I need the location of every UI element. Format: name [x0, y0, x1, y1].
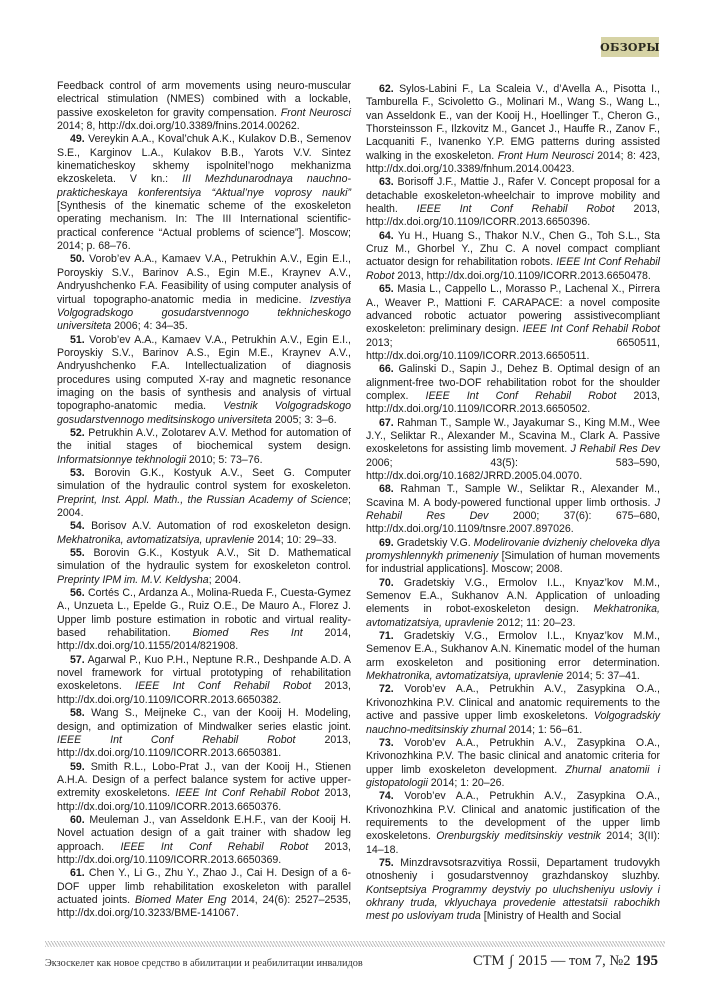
reference-text: 2014; 5: 37–41. — [563, 670, 640, 682]
reference-list: Feedback control of arm movements using … — [57, 80, 660, 924]
section-label: ОБЗОРЫ — [600, 41, 660, 54]
reference-item: 57. Agarwal P., Kuo P.H., Neptune R.R., … — [57, 654, 351, 707]
reference-column-left: Feedback control of arm movements using … — [57, 80, 351, 924]
reference-item: 64. Yu H., Huang S., Thakor N.V., Chen G… — [366, 230, 660, 283]
reference-item: 52. Petrukhin A.V., Zolotarev A.V. Metho… — [57, 427, 351, 467]
footer-divider — [45, 941, 665, 947]
reference-number: 52. — [70, 427, 85, 439]
reference-number: 49. — [70, 133, 85, 145]
reference-number: 64. — [379, 230, 394, 242]
reference-number: 56. — [70, 587, 85, 599]
reference-item: 73. Vorob’ev A.A., Petrukhin A.V., Zasyp… — [366, 737, 660, 790]
reference-number: 67. — [379, 417, 394, 429]
reference-number: 74. — [379, 790, 394, 802]
reference-item: Feedback control of arm movements using … — [57, 80, 351, 133]
reference-text: Minzdravsotsrazvitiya Rossii, Departamen… — [366, 857, 660, 882]
reference-text: Wang S., Meijneke C., van der Kooij H. M… — [57, 707, 351, 732]
reference-item: 60. Meuleman J., van Asseldonk E.H.F., v… — [57, 814, 351, 867]
reference-source: Mekhatronika, avtomatizatsiya, upravleni… — [366, 670, 563, 682]
reference-text: Gradetskiy V.G., Ermolov I.L., Knyaz’kov… — [366, 630, 660, 669]
reference-number: 55. — [70, 547, 85, 559]
reference-text: [Synthesis of the kinematic scheme of th… — [57, 200, 351, 252]
reference-item: 51. Vorob’ev A.A., Kamaev V.A., Petrukhi… — [57, 334, 351, 427]
reference-number: 50. — [70, 253, 85, 265]
reference-source: Informatsionnye tekhnologii — [57, 454, 186, 466]
journal-info: СТМ ∫ 2015 — том 7, №2 195 — [473, 953, 658, 970]
reference-source: IEEE Int Conf Rehabil Robot — [120, 841, 308, 853]
reference-source: J Rehabil Res Dev — [571, 443, 660, 455]
reference-number: 71. — [379, 630, 394, 642]
reference-number: 62. — [379, 83, 394, 95]
reference-item: 53. Borovin G.K., Kostyuk A.V., Seet G. … — [57, 467, 351, 520]
reference-item: 63. Borisoff J.F., Mattie J., Rafer V. C… — [366, 176, 660, 229]
reference-text: 2006; 43(5): 583–590, http://dx.doi.org/… — [366, 457, 660, 482]
reference-item: 72. Vorob’ev A.A., Petrukhin A.V., Zasyp… — [366, 683, 660, 736]
reference-number: 70. — [379, 577, 394, 589]
reference-source: Mekhatronika, avtomatizatsiya, upravleni… — [57, 534, 254, 546]
reference-item: 62. Sylos-Labini F., La Scaleia V., d’Av… — [366, 83, 660, 176]
reference-source: IEEE Int Conf Rehabil Robot — [175, 787, 319, 799]
reference-number: 69. — [379, 537, 394, 549]
reference-text: 2012; 11: 20–23. — [494, 617, 576, 629]
reference-item: 70. Gradetskiy V.G., Ermolov I.L., Knyaz… — [366, 577, 660, 630]
reference-item: 75. Minzdravsotsrazvitiya Rossii, Depart… — [366, 857, 660, 924]
reference-source: Biomed Res Int — [193, 627, 303, 639]
reference-item: 56. Cortés C., Ardanza A., Molina-Rueda … — [57, 587, 351, 654]
reference-text: Vorob’ev A.A., Kamaev V.A., Petrukhin A.… — [57, 253, 351, 305]
reference-text: 2006; 4: 34–35. — [111, 320, 188, 332]
reference-source: IEEE Int Conf Rehabil Robot — [426, 390, 617, 402]
reference-number: 63. — [379, 176, 394, 188]
reference-number: 65. — [379, 283, 394, 295]
reference-item: 74. Vorob’ev A.A., Petrukhin A.V., Zasyp… — [366, 790, 660, 857]
reference-item: 68. Rahman T., Sample W., Seliktar R., A… — [366, 483, 660, 536]
reference-item: 49. Vereykin A.A., Koval’chuk A.K., Kula… — [57, 133, 351, 253]
reference-source: Preprint, Inst. Appl. Math., the Russian… — [57, 494, 348, 506]
reference-item: 69. Gradetskiy V.G. Modelirovanie dvizhe… — [366, 537, 660, 577]
reference-item: 55. Borovin G.K., Kostyuk A.V., Sit D. M… — [57, 547, 351, 587]
reference-column-right: 62. Sylos-Labini F., La Scaleia V., d’Av… — [366, 83, 660, 924]
reference-text: 2005; 3: 3–6. — [272, 414, 337, 426]
reference-item: 59. Smith R.L., Lobo-Prat J., van der Ko… — [57, 761, 351, 814]
reference-number: 54. — [70, 520, 85, 532]
reference-text: Borovin G.K., Kostyuk A.V., Sit D. Mathe… — [57, 547, 351, 572]
reference-number: 57. — [70, 654, 85, 666]
reference-number: 59. — [70, 761, 85, 773]
reference-number: 73. — [379, 737, 394, 749]
reference-text: Rahman T., Sample W., Seliktar R., Alexa… — [366, 483, 660, 508]
reference-source: Front Neurosci — [281, 107, 351, 119]
reference-text: 2014; 8, http://dx.doi.org/10.3389/fnins… — [57, 120, 300, 132]
integral-separator: ∫ — [509, 953, 513, 970]
reference-text: [Ministry of Health and Social — [481, 910, 621, 922]
issue-info: 2015 — том 7, №2 — [518, 953, 630, 970]
reference-text: Borovin G.K., Kostyuk A.V., Seet G. Comp… — [57, 467, 351, 492]
reference-text: ; 2004. — [209, 574, 241, 586]
reference-text: Borisov A.V. Automation of rod exoskelet… — [85, 520, 351, 532]
reference-item: 61. Chen Y., Li G., Zhu Y., Zhao J., Cai… — [57, 867, 351, 920]
reference-text: 2010; 5: 73–76. — [186, 454, 263, 466]
reference-number: 68. — [379, 483, 394, 495]
reference-number: 66. — [379, 363, 394, 375]
reference-number: 61. — [70, 867, 85, 879]
reference-text: Petrukhin A.V., Zolotarev A.V. Method fo… — [57, 427, 351, 452]
reference-number: 72. — [379, 683, 394, 695]
reference-text: Gradetskiy V.G. — [394, 537, 474, 549]
reference-source: IEEE Int Conf Rehabil Robot — [417, 203, 615, 215]
reference-item: 66. Galinski D., Sapin J., Dehez B. Opti… — [366, 363, 660, 416]
reference-number: 51. — [70, 334, 85, 346]
reference-source: IEEE Int Conf Rehabil Robot — [57, 734, 295, 746]
reference-source: Preprinty IPM im. M.V. Keldysha — [57, 574, 209, 586]
journal-name: СТМ — [473, 953, 504, 970]
reference-number: 60. — [70, 814, 85, 826]
reference-text: 2014; 1: 56–61. — [506, 724, 583, 736]
running-title: Экзоскелет как новое средство в абилитац… — [45, 958, 363, 969]
reference-item: 71. Gradetskiy V.G., Ermolov I.L., Knyaz… — [366, 630, 660, 683]
reference-number: 75. — [379, 857, 394, 869]
reference-item: 65. Masia L., Cappello L., Morasso P., L… — [366, 283, 660, 363]
reference-item: 67. Rahman T., Sample W., Jayakumar S., … — [366, 417, 660, 484]
reference-text: 2013, http://dx.doi.org/10.1109/ICORR.20… — [394, 270, 651, 282]
reference-item: 54. Borisov A.V. Automation of rod exosk… — [57, 520, 351, 547]
reference-text: 2014; 10: 29–33. — [254, 534, 336, 546]
reference-number: 53. — [70, 467, 85, 479]
page-number: 195 — [636, 953, 659, 970]
reference-source: IEEE Int Conf Rehabil Robot — [523, 323, 660, 335]
reference-source: Orenburgskiy meditsinskiy vestnik — [436, 830, 601, 842]
reference-text: 2014; 1: 20–26. — [428, 777, 505, 789]
reference-item: 50. Vorob’ev A.A., Kamaev V.A., Petrukhi… — [57, 253, 351, 333]
reference-source: Front Hum Neurosci — [498, 150, 594, 162]
reference-number: 58. — [70, 707, 85, 719]
reference-item: 58. Wang S., Meijneke C., van der Kooij … — [57, 707, 351, 760]
reference-text: 2013; 6650511, http://dx.doi.org/10.1109… — [366, 337, 660, 362]
section-badge: ОБЗОРЫ — [601, 37, 659, 57]
reference-source: Biomed Mater Eng — [135, 894, 226, 906]
reference-source: IEEE Int Conf Rehabil Robot — [135, 680, 311, 692]
